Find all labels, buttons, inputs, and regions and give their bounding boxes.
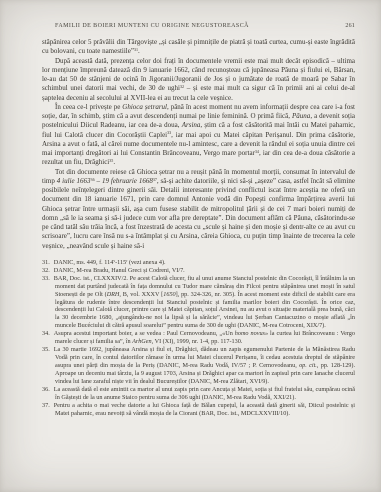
- footnote-number: 34.: [42, 330, 50, 337]
- paragraph: Tot din documente reiese că Ghioca șetra…: [42, 168, 355, 251]
- footnote-text: DANIC, M-rea Bradu, Hanul Greci și Codre…: [54, 267, 185, 274]
- running-header-title: FAMILII DE BOIERI MUNTENI CU ORIGINE NEG…: [55, 23, 249, 29]
- footnote-text: BAR, Doc. ist., CLXXXIV/2. Pe acest Calo…: [54, 275, 355, 330]
- footnote-text: DANIC, ms. 449, f. 114v-115r (vezi anexa…: [54, 259, 166, 266]
- footnote-number: 33.: [42, 275, 50, 282]
- footnote-item: 31.DANIC, ms. 449, f. 114v-115r (vezi an…: [42, 259, 355, 267]
- footnote-number: 32.: [42, 267, 50, 274]
- body-text: stăpânirea celor 5 prăvălii din Târgoviș…: [0, 29, 381, 251]
- footnote-text: Asupra acestui important boier, a se ved…: [54, 330, 355, 345]
- footnote-text: La această dată el este amintit ca marto…: [54, 386, 355, 401]
- footnote-item: 34.Asupra acestui important boier, a se …: [42, 330, 355, 346]
- footnote-text: Pentru a achita o mai veche datorie a lu…: [54, 402, 355, 417]
- footnote-text: La 30 martie 1692, jupâneasa Arsina și f…: [54, 346, 355, 385]
- paragraph: După această dată, prezența celor doi fr…: [42, 57, 355, 103]
- footnote-item: 36.La această dată el este amintit ca ma…: [42, 386, 355, 402]
- footnote-number: 35.: [42, 346, 50, 353]
- page-number: 261: [345, 23, 355, 29]
- footnote-item: 37.Pentru a achita o mai veche datorie a…: [42, 402, 355, 418]
- footnote-item: 35.La 30 martie 1692, jupâneasa Arsina ș…: [42, 346, 355, 386]
- footnotes-block: 31.DANIC, ms. 449, f. 114v-115r (vezi an…: [0, 251, 381, 418]
- running-header: FAMILII DE BOIERI MUNTENI CU ORIGINE NEG…: [0, 0, 381, 29]
- paragraph: În ceea ce-l privește pe Ghioca șetrarul…: [42, 103, 355, 168]
- footnote-item: 32.DANIC, M-rea Bradu, Hanul Greci și Co…: [42, 267, 355, 275]
- footnote-item: 33.BAR, Doc. ist., CLXXXIV/2. Pe acest C…: [42, 275, 355, 331]
- footnote-number: 36.: [42, 386, 50, 393]
- footnote-number: 37.: [42, 402, 50, 409]
- footnote-number: 31.: [42, 259, 50, 266]
- book-page-scan: FAMILII DE BOIERI MUNTENI CU ORIGINE NEG…: [0, 0, 381, 492]
- paragraph-continuation: stăpânirea celor 5 prăvălii din Târgoviș…: [42, 38, 355, 57]
